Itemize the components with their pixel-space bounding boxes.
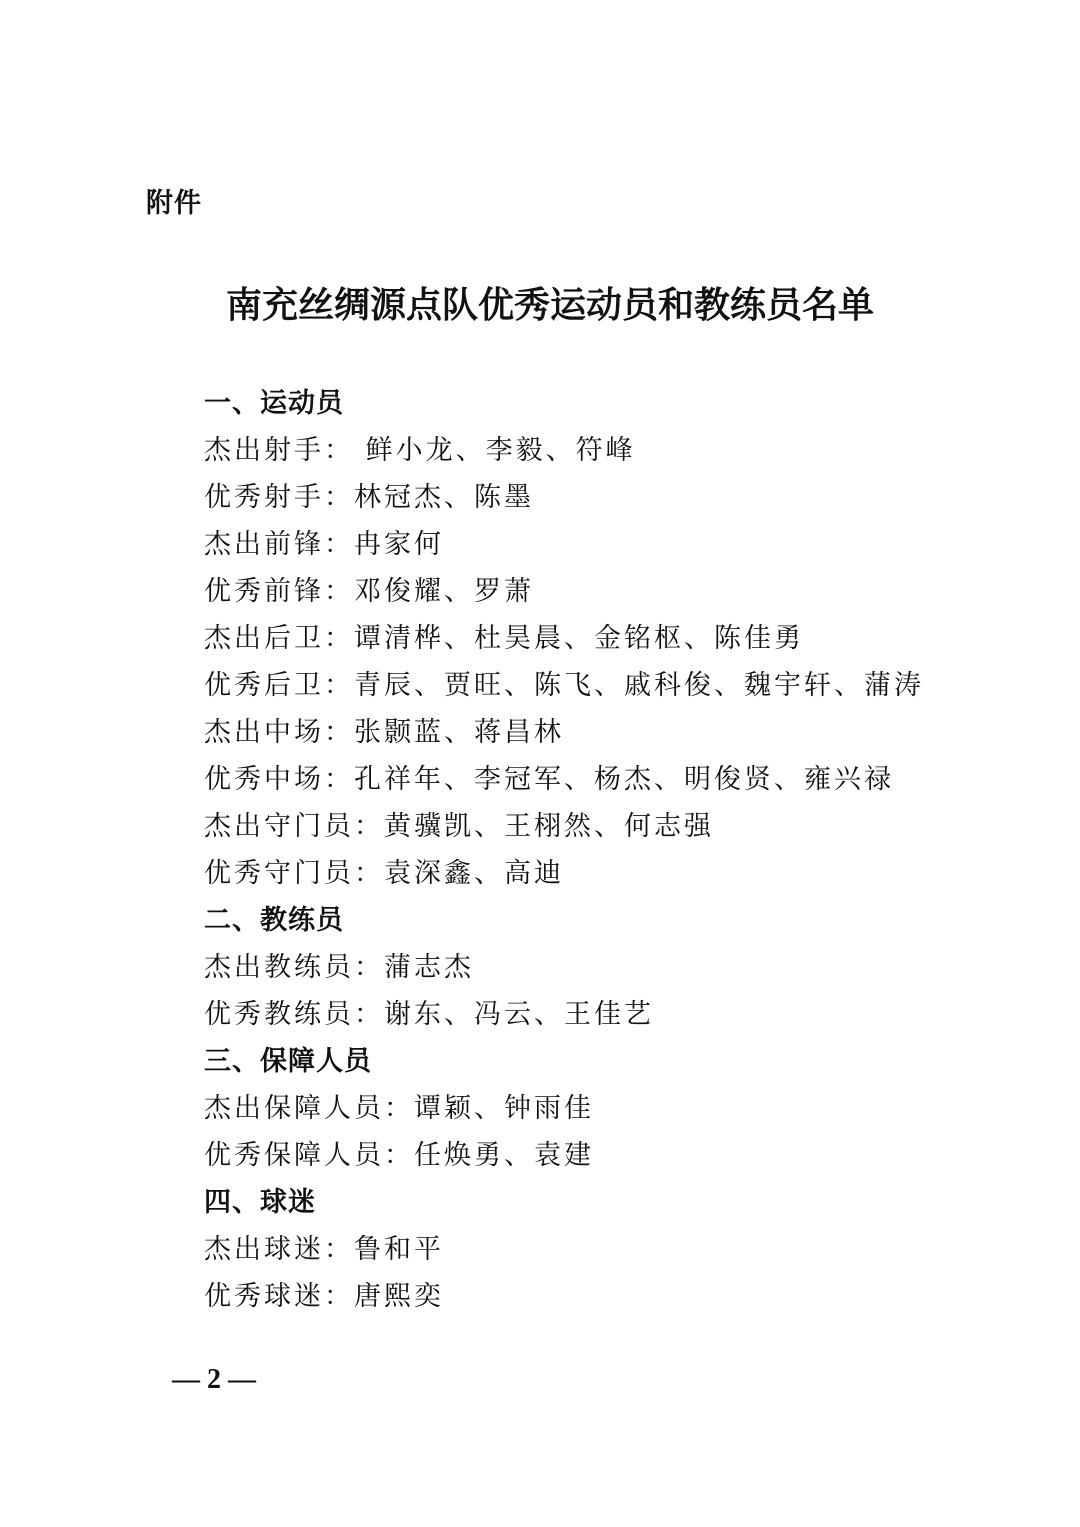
award-names: 鲜小龙、李毅、符峰 (354, 435, 636, 466)
award-label: 杰出前锋： (204, 529, 354, 560)
list-item: 优秀球迷：唐熙奕 (204, 1273, 964, 1320)
page-number: — 2 — (172, 1362, 256, 1398)
award-names: 唐熙奕 (354, 1281, 444, 1312)
award-label: 优秀教练员： (204, 999, 384, 1030)
list-item: 优秀前锋：邓俊耀、罗萧 (204, 568, 964, 615)
section-heading-support-staff: 三、保障人员 (204, 1038, 964, 1085)
award-label: 杰出射手： (204, 435, 354, 466)
award-label: 优秀前锋： (204, 576, 354, 607)
award-names: 任焕勇、袁建 (414, 1140, 594, 1171)
award-label: 杰出后卫： (204, 623, 354, 654)
section-heading-fans: 四、球迷 (204, 1179, 964, 1226)
award-names: 谭清桦、杜昊晨、金铭枢、陈佳勇 (354, 623, 804, 654)
list-item: 优秀射手：林冠杰、陈墨 (204, 474, 964, 521)
section-heading-coaches: 二、教练员 (204, 897, 964, 944)
award-label: 优秀中场： (204, 764, 354, 795)
award-names: 邓俊耀、罗萧 (354, 576, 534, 607)
award-label: 优秀守门员： (204, 858, 384, 889)
list-item: 杰出射手： 鲜小龙、李毅、符峰 (204, 427, 964, 474)
award-label: 杰出保障人员： (204, 1093, 414, 1124)
list-item: 杰出后卫：谭清桦、杜昊晨、金铭枢、陈佳勇 (204, 615, 964, 662)
list-item: 优秀保障人员：任焕勇、袁建 (204, 1132, 964, 1179)
honor-list: 一、运动员 杰出射手： 鲜小龙、李毅、符峰 优秀射手：林冠杰、陈墨 杰出前锋：冉… (204, 380, 964, 1320)
list-item: 优秀守门员：袁深鑫、高迪 (204, 850, 964, 897)
award-names: 谭颖、钟雨佳 (414, 1093, 594, 1124)
award-names: 孔祥年、李冠军、杨杰、明俊贤、雍兴禄 (354, 764, 894, 795)
award-names: 谢东、冯云、王佳艺 (384, 999, 654, 1030)
award-names: 青辰、贾旺、陈飞、戚科俊、魏宇轩、蒲涛 (354, 670, 924, 701)
award-label: 优秀保障人员： (204, 1140, 414, 1171)
section-heading-athletes: 一、运动员 (204, 380, 964, 427)
document-title: 南充丝绸源点队优秀运动员和教练员名单 (0, 282, 1080, 328)
award-names: 蒲志杰 (384, 952, 474, 983)
award-names: 袁深鑫、高迪 (384, 858, 564, 889)
award-label: 杰出守门员： (204, 811, 384, 842)
list-item: 优秀中场：孔祥年、李冠军、杨杰、明俊贤、雍兴禄 (204, 756, 964, 803)
attachment-label: 附件 (146, 186, 202, 222)
award-names: 林冠杰、陈墨 (354, 482, 534, 513)
award-label: 杰出球迷： (204, 1234, 354, 1265)
list-item: 优秀教练员：谢东、冯云、王佳艺 (204, 991, 964, 1038)
award-names: 冉家何 (354, 529, 444, 560)
award-names: 鲁和平 (354, 1234, 444, 1265)
list-item: 杰出教练员：蒲志杰 (204, 944, 964, 991)
list-item: 杰出保障人员：谭颖、钟雨佳 (204, 1085, 964, 1132)
award-label: 优秀射手： (204, 482, 354, 513)
list-item: 杰出中场：张颢蓝、蒋昌林 (204, 709, 964, 756)
award-names: 黄骥凯、王栩然、何志强 (384, 811, 714, 842)
list-item: 杰出守门员：黄骥凯、王栩然、何志强 (204, 803, 964, 850)
list-item: 杰出前锋：冉家何 (204, 521, 964, 568)
list-item: 杰出球迷：鲁和平 (204, 1226, 964, 1273)
award-label: 优秀球迷： (204, 1281, 354, 1312)
award-names: 张颢蓝、蒋昌林 (354, 717, 564, 748)
list-item: 优秀后卫：青辰、贾旺、陈飞、戚科俊、魏宇轩、蒲涛 (204, 662, 964, 709)
award-label: 杰出中场： (204, 717, 354, 748)
award-label: 杰出教练员： (204, 952, 384, 983)
award-label: 优秀后卫： (204, 670, 354, 701)
